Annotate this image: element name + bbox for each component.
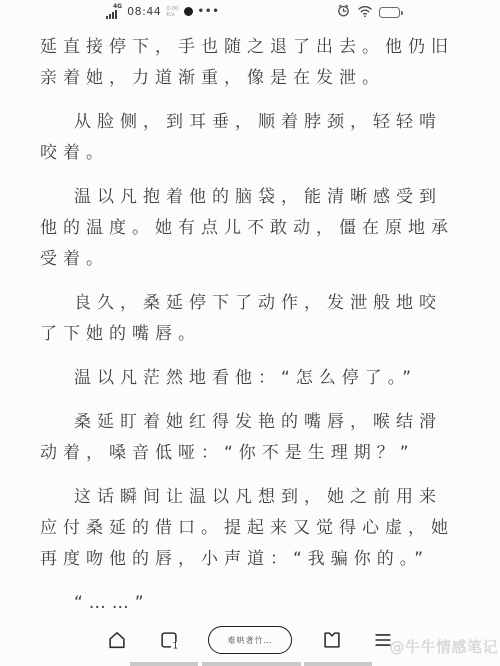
- paragraph: 延直接停下，手也随之退了出去。他仍旧亲着她，力道渐重，像是在发泄。: [40, 32, 460, 94]
- tab-count: 1: [172, 641, 178, 651]
- network-speed: 0.00 K/s: [166, 6, 178, 18]
- clock-time: 08:44: [127, 5, 161, 18]
- network-speed-unit: K/s: [166, 12, 178, 18]
- status-bar-left: 4G 08:44 0.00 K/s •••: [106, 4, 220, 19]
- bottom-strip-segment: [202, 662, 301, 666]
- paragraph: 从脸侧，到耳垂，顺着脖颈，轻轻啃咬着。: [40, 107, 460, 169]
- wifi-icon: [357, 3, 373, 22]
- status-bar: 4G 08:44 0.00 K/s •••: [0, 0, 500, 26]
- bottom-toolbar: 1 难哄著竹…: [0, 620, 500, 660]
- battery-icon: [379, 7, 400, 18]
- menu-button[interactable]: [371, 628, 395, 652]
- paragraph: 桑延盯着她红得发艳的嘴唇，喉结滑动着，嗓音低哑：“你不是生理期？”: [40, 407, 460, 469]
- bottom-strip-segment: [130, 662, 198, 666]
- signal-bars-icon: [106, 10, 117, 19]
- paragraph: 温以凡抱着他的脑袋，能清晰感受到他的温度。她有点儿不敢动，僵在原地承受着。: [40, 182, 460, 275]
- paragraph: 这话瞬间让温以凡想到，她之前用来应付桑延的借口。提起来又觉得心虚，她再度吻他的唇…: [40, 482, 460, 575]
- phone-screen: 4G 08:44 0.00 K/s •••: [0, 0, 500, 666]
- home-button[interactable]: [105, 628, 129, 652]
- notification-dot-icon: [184, 7, 193, 16]
- alarm-icon: [336, 3, 351, 22]
- tabs-button[interactable]: 1: [157, 628, 181, 652]
- paragraph: 温以凡茫然地看他：“怎么停了。”: [40, 363, 460, 394]
- page-title-label: 难哄著竹…: [228, 635, 273, 646]
- paragraph: “……”: [40, 588, 460, 619]
- more-notifications-icon: •••: [198, 6, 220, 17]
- status-bar-right: [336, 3, 400, 22]
- address-title-pill[interactable]: 难哄著竹…: [208, 626, 292, 654]
- bottom-strip-segment: [304, 662, 372, 666]
- bookshelf-button[interactable]: [320, 628, 344, 652]
- cellular-signal-icon: 4G: [106, 4, 122, 19]
- paragraph: 良久，桑延停下了动作，发泄般地咬了下她的嘴唇。: [40, 288, 460, 350]
- reader-page: 延直接停下，手也随之退了出去。他仍旧亲着她，力道渐重，像是在发泄。 从脸侧，到耳…: [0, 26, 500, 619]
